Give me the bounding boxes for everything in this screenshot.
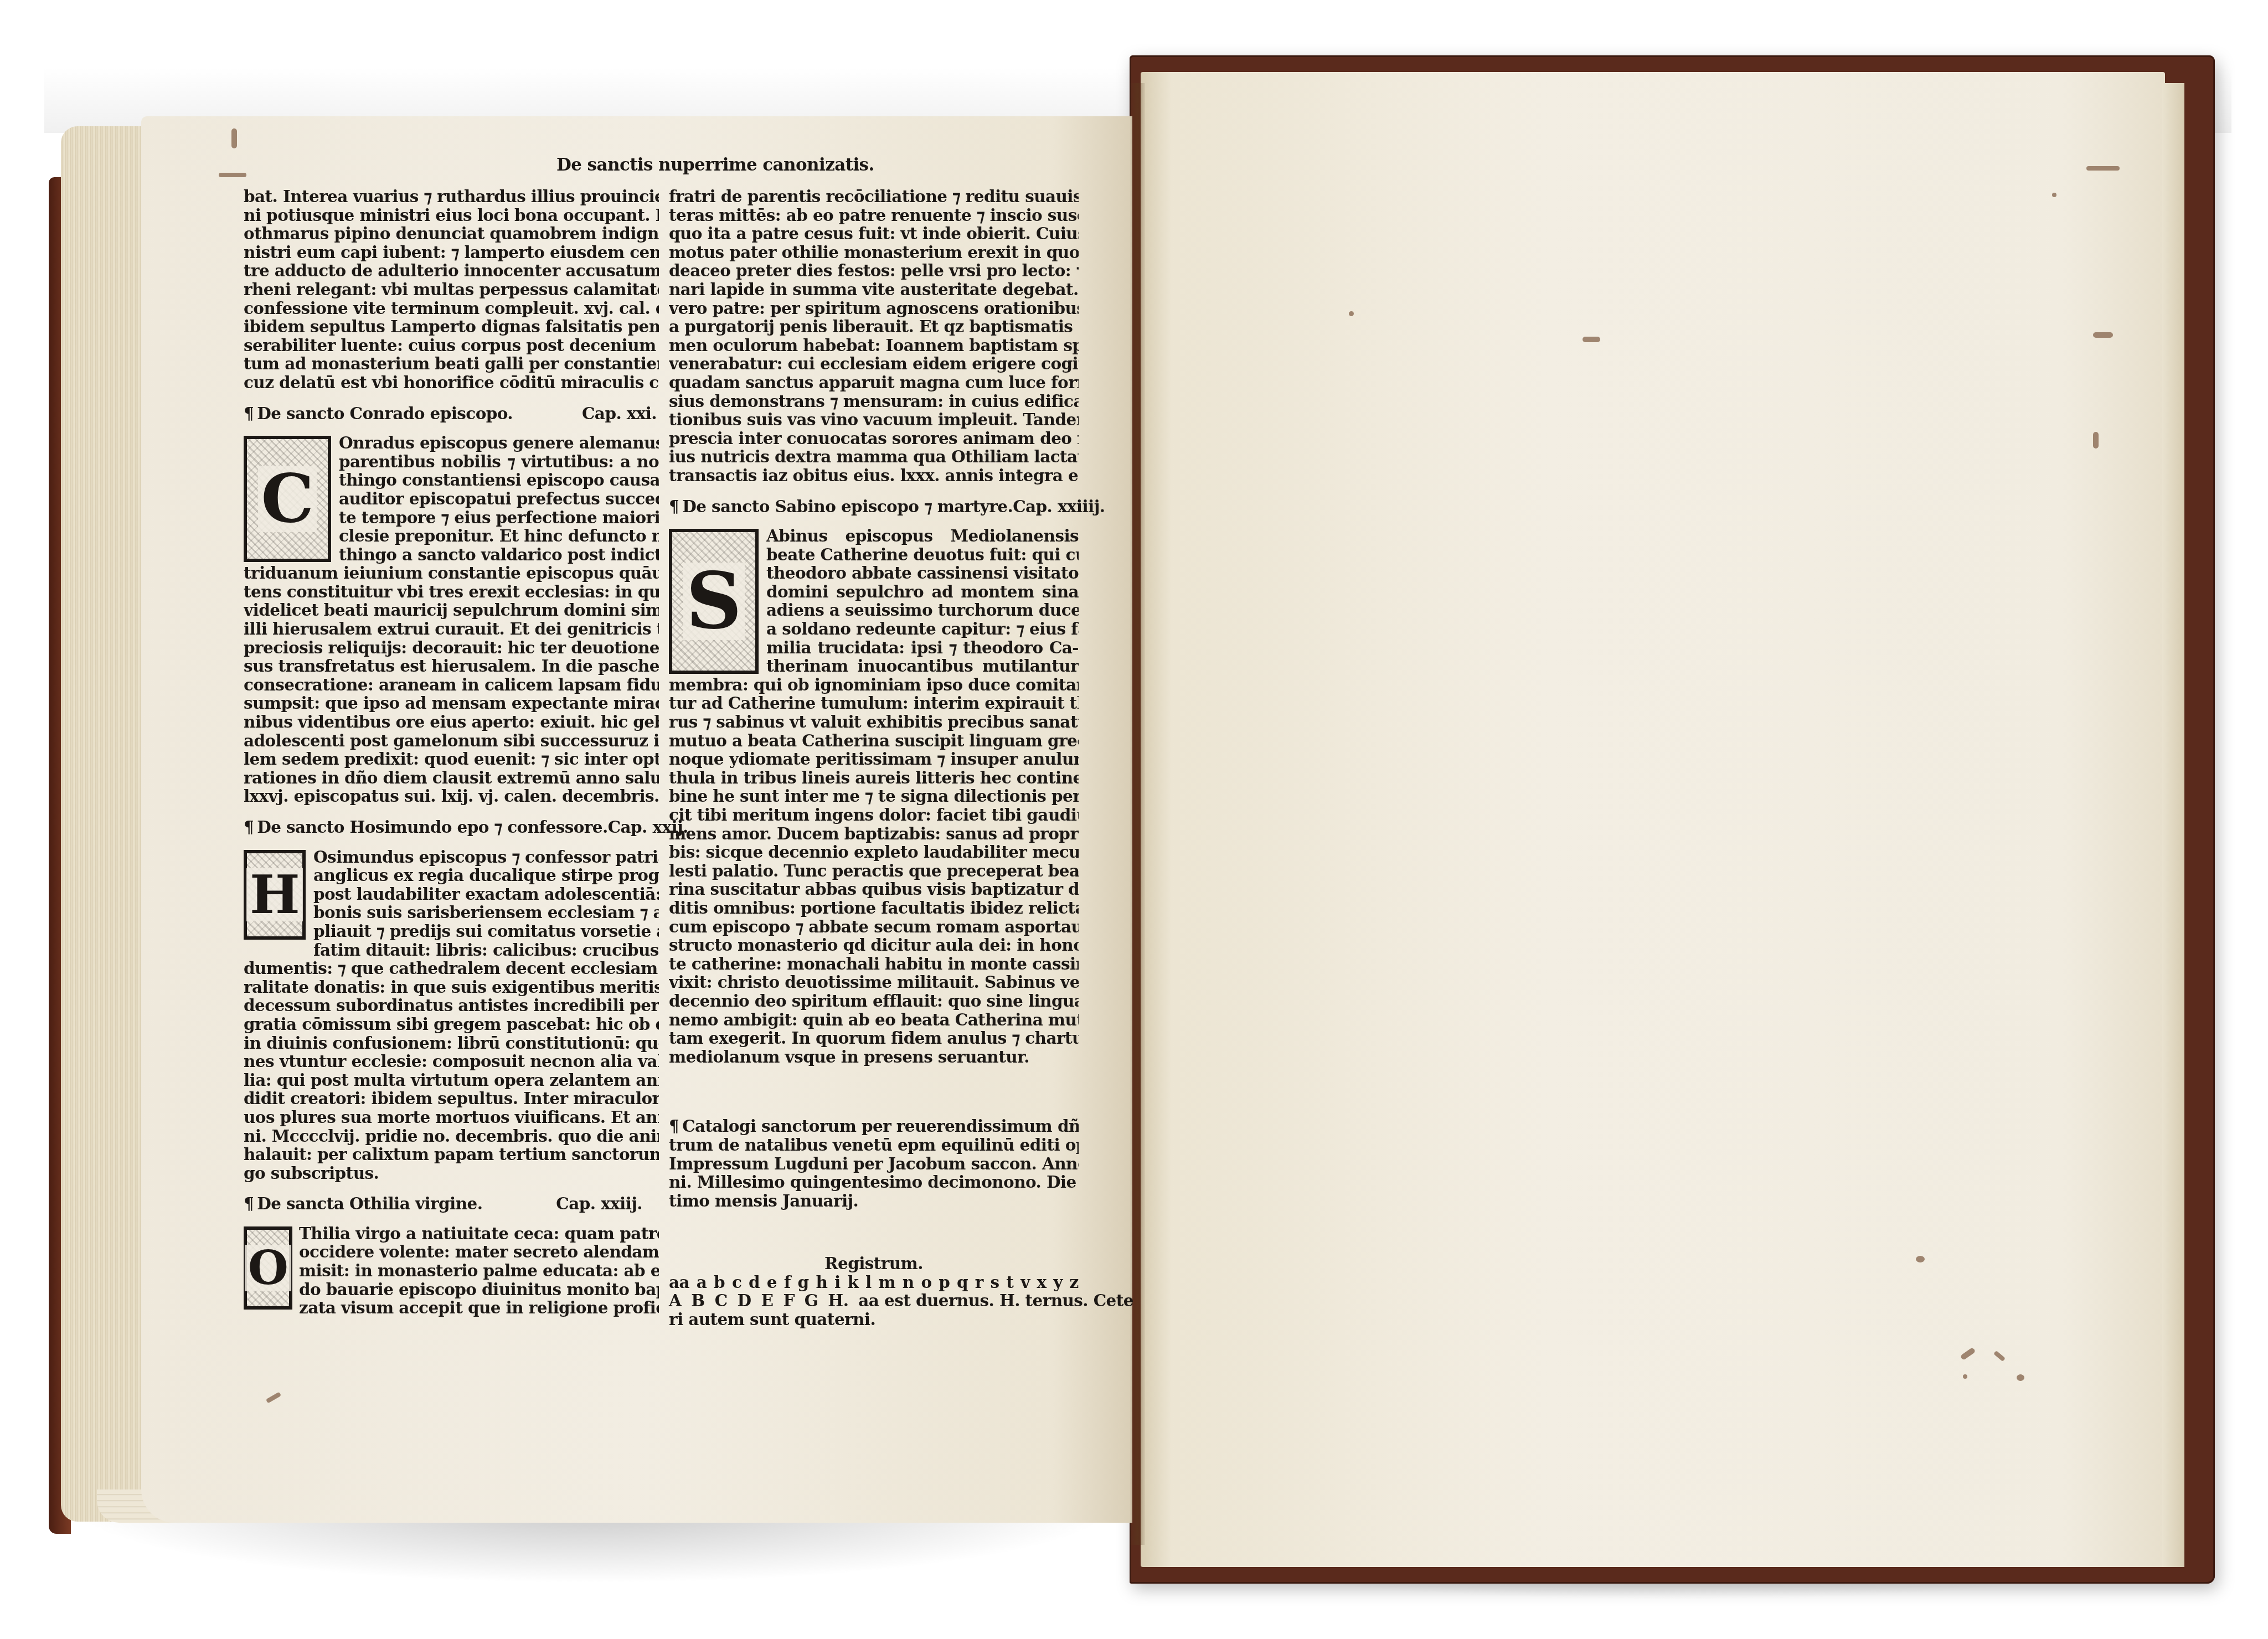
- text-line: parentibus nobilis ⁊ virtutibus: a no: [339, 452, 659, 471]
- text-line: mens amor. Ducem baptizabis: sanus ad pr…: [669, 824, 1079, 843]
- text-line: in diuinis confusionem: librū constituti…: [244, 1034, 659, 1053]
- text-line: teras mittēs: ab eo patre renuente ⁊ ins…: [669, 206, 1079, 225]
- wormhole-mark: [219, 173, 246, 177]
- chapter-number: Cap. xxiij.: [556, 1194, 659, 1213]
- text-line: lem sedem predixit: quod euenit: ⁊ sic i…: [244, 750, 659, 769]
- signature-mark: l: [865, 1273, 872, 1292]
- signature-mark: c: [732, 1273, 741, 1292]
- chapter-heading-sabinus: ¶De sancto Sabino episcopo ⁊ martyre. Ca…: [669, 497, 1079, 516]
- signature-mark: f: [784, 1273, 791, 1292]
- text-line: thingo a sancto valdarico post indictū: [339, 545, 659, 564]
- text-line: zata visum accepit que in religione prof…: [299, 1298, 659, 1317]
- text-line: confessione vite terminum compleuit. xvj…: [244, 299, 659, 318]
- text-line: gratia cōmissum sibi gregem pascebat: hi…: [244, 1015, 659, 1034]
- text-line: halauit: per calixtum papam tertium sanc…: [244, 1145, 659, 1164]
- colophon: ¶Catalogi sanctorum per reuerendissimum …: [669, 1117, 1079, 1210]
- text-line: quadam sanctus apparuit magna cum luce f…: [669, 373, 1079, 392]
- text-line: men oculorum habebat: Ioannem baptistam …: [669, 336, 1079, 355]
- text-line: Osimundus episcopus ⁊ confessor patria: [313, 848, 659, 867]
- text-line: ditis omnibus: portione facultatis ibide…: [669, 899, 1079, 918]
- signature-mark: i: [834, 1273, 841, 1292]
- text-line: transactis iaz obitus eius. lxxx. annis …: [669, 466, 1079, 485]
- text-line: beate Catherine deuotus fuit: qui cū: [766, 545, 1079, 564]
- text-line: ius nutricis dextra mamma qua Othiliam l…: [669, 447, 1079, 466]
- text-line: thingo constantiensi episcopo causarū: [339, 471, 659, 489]
- left-leaf-stack: [61, 126, 144, 1522]
- heading-title: De sancto Hosimundo epo ⁊ confessore.: [257, 817, 607, 837]
- section-conrad: C Onradus episcopus genere alemanus pare…: [244, 434, 659, 806]
- text-line: a soldano redeunte capitur: ⁊ eius fa: [766, 620, 1079, 638]
- text-line: noque ydiomate peritissimam ⁊ insuper an…: [669, 750, 1079, 769]
- text-line: Onradus episcopus genere alemanus: [339, 434, 659, 452]
- text-line: rheni relegant: vbi multas perpessus cal…: [244, 280, 659, 299]
- pilcrow-icon: ¶: [244, 1194, 254, 1213]
- heading-title: De sancto Sabino episcopo ⁊ martyre.: [682, 497, 1013, 516]
- pilcrow-icon: ¶: [669, 497, 679, 516]
- registrum: Registrum. aaabcdefghiklmnopqrstvxyz ABC…: [669, 1254, 1079, 1328]
- pilcrow-icon: ¶: [669, 1117, 679, 1136]
- text-line: occidere volente: mater secreto alendam …: [299, 1243, 659, 1261]
- signature-mark: D: [738, 1291, 751, 1310]
- right-page-fore-edge: [2162, 83, 2184, 1567]
- text-line: ralitate donatis: in que suis exigentibu…: [244, 978, 659, 997]
- text-line: tum ad monasterium beati galli per const…: [244, 354, 659, 373]
- wormhole-mark: [2017, 1374, 2024, 1381]
- text-line: go subscriptus.: [244, 1164, 659, 1183]
- signature-mark: r: [975, 1273, 983, 1292]
- text-line: tionibus suis vas vino vacuum impleuit. …: [669, 410, 1079, 429]
- chapter-heading-othilia: ¶De sancta Othilia virgine. Cap. xxiij.: [244, 1194, 659, 1213]
- text-line: timo mensis Januarij.: [669, 1192, 1079, 1210]
- registrum-note: aa est duernus. H. ternus. Cete: [858, 1291, 1133, 1310]
- heading-title: De sancto Conrado episcopo.: [257, 404, 513, 423]
- text-line: tam exegerit. In quorum fidem anulus ⁊ c…: [669, 1029, 1079, 1048]
- wormhole-mark: [2052, 193, 2056, 197]
- signature-mark: k: [847, 1273, 858, 1292]
- text-line: thula in tribus lineis aureis litteris h…: [669, 769, 1079, 787]
- opening-paragraph: fratri de parentis recōciliatione ⁊ redi…: [669, 187, 1079, 485]
- text-line: vixit: christo deuotissime militauit. Sa…: [669, 973, 1079, 992]
- signature-mark: b: [714, 1273, 725, 1292]
- wormhole-mark: [1963, 1374, 1967, 1379]
- text-line: tur ad Catherine tumulum: interim expira…: [669, 694, 1079, 713]
- text-line: adolescenti post gamelonum sibi successu…: [244, 731, 659, 750]
- text-line: dumentis: ⁊ que cathedralem decent eccle…: [244, 959, 659, 978]
- text-line: nistri eum capi iubent: ⁊ lamperto eiusd…: [244, 243, 659, 262]
- wormhole-mark: [1349, 311, 1354, 316]
- text-line: a purgatorij penis liberauit. Et qz bapt…: [669, 317, 1079, 336]
- text-line: quo ita a patre cesus fuit: vt inde obie…: [669, 224, 1079, 243]
- text-line: Impressum Lugduni per Jacobum saccon. An…: [669, 1154, 1079, 1173]
- text-line: lesti palatio. Tunc peractis que precepe…: [669, 862, 1079, 880]
- heading-title: De sancta Othilia virgine.: [257, 1194, 482, 1213]
- signature-mark: C: [715, 1291, 728, 1310]
- wormhole-mark: [231, 128, 237, 148]
- text-line: te tempore ⁊ eius perfectione maiori ec: [339, 508, 659, 527]
- text-line: bis: sicque decennio expleto laudabilite…: [669, 843, 1079, 862]
- signature-mark: z: [1070, 1273, 1079, 1292]
- wormhole-mark: [2093, 332, 2113, 338]
- signature-mark: x: [1037, 1273, 1046, 1292]
- signature-mark: o: [921, 1273, 931, 1292]
- signature-mark: G: [805, 1291, 818, 1310]
- text-line: sius demonstrans ⁊ mensuram: in cuius ed…: [669, 392, 1079, 411]
- right-page[interactable]: [1141, 72, 2165, 1567]
- text-line: motus pater othilie monasterium erexit i…: [669, 243, 1079, 262]
- text-line: rus ⁊ sabinus vt valuit exhibitis precib…: [669, 713, 1079, 731]
- registrum-lowercase: aaabcdefghiklmnopqrstvxyz: [669, 1273, 1079, 1292]
- woodcut-initial-c: C: [244, 436, 331, 562]
- signature-mark: v: [1020, 1273, 1030, 1292]
- wormhole-mark: [1583, 337, 1600, 342]
- chapter-number: Cap. xxiiij.: [1013, 497, 1107, 516]
- text-line: deaceo preter dies festos: pelle vrsi pr…: [669, 261, 1079, 280]
- text-line: videlicet beati mauricij sepulchrum domi…: [244, 601, 659, 620]
- text-line: tre adducto de adulterio innocenter accu…: [244, 261, 659, 280]
- text-line: do bauarie episcopo diuinitus monito bap…: [299, 1280, 659, 1299]
- text-line: rina suscitatur abbas quibus visis bapti…: [669, 880, 1079, 899]
- signature-mark: B: [691, 1291, 704, 1310]
- text-line: Abinus episcopus Mediolanensis: [766, 527, 1079, 545]
- text-line: triduanum ieiunium constantie episcopus …: [244, 564, 659, 583]
- signature-mark: p: [939, 1273, 950, 1292]
- signature-mark: h: [816, 1273, 827, 1292]
- text-line: bonis suis sarisberiensem ecclesiam ⁊ am…: [313, 903, 659, 922]
- text-line: didit creatori: ibidem sepultus. Inter m…: [244, 1089, 659, 1108]
- signature-mark: s: [991, 1273, 999, 1292]
- text-line: Thilia virgo a natiuitate ceca: quam pat…: [299, 1224, 659, 1243]
- text-line: pliauit ⁊ predijs sui comitatus vorsetie…: [313, 922, 659, 941]
- text-line: sumpsit: que ipso ad mensam expectante m…: [244, 694, 659, 713]
- text-line: fatim ditauit: libris: calicibus: crucib…: [313, 941, 659, 960]
- signature-mark: F: [783, 1291, 794, 1310]
- signature-mark: q: [957, 1273, 968, 1292]
- text-line: cit tibi meritum ingens dolor: faciet ti…: [669, 806, 1079, 824]
- text-column-b: fratri de parentis recōciliatione ⁊ redi…: [669, 187, 1079, 1329]
- signature-mark: aa: [669, 1273, 689, 1292]
- registrum-note: ri autem sunt quaterni.: [669, 1310, 1079, 1329]
- text-line: bine he sunt inter me ⁊ te signa dilecti…: [669, 787, 1079, 806]
- text-line: ibidem sepultus Lamperto dignas falsitat…: [244, 317, 659, 336]
- section-othilia: O Thilia virgo a natiuitate ceca: quam p…: [244, 1224, 659, 1317]
- text-line: nes vtuntur ecclesie: composuit necnon a…: [244, 1052, 659, 1071]
- text-line: consecratione: araneam in calicem lapsam…: [244, 676, 659, 694]
- signature-mark: y: [1053, 1273, 1063, 1292]
- signature-mark: a: [697, 1273, 707, 1292]
- chapter-heading-hosimundus: ¶De sancto Hosimundo epo ⁊ confessore. C…: [244, 818, 659, 837]
- running-head: De sanctis nuperrime canonizatis.: [556, 155, 874, 175]
- text-line: auditor episcopatui prefectus succedē-: [339, 489, 659, 508]
- registrum-uppercase: ABCDEFGH. aa est duernus. H. ternus. Cet…: [669, 1291, 1079, 1310]
- text-line: venerabatur: cui ecclesiam eidem erigere…: [669, 354, 1079, 373]
- text-line: rationes in dño diem clausit extremū ann…: [244, 769, 659, 787]
- signature-mark: t: [1006, 1273, 1013, 1292]
- wormhole-mark: [2086, 166, 2120, 171]
- text-line: illi hierusalem extrui curauit. Et dei g…: [244, 620, 659, 638]
- pilcrow-icon: ¶: [244, 818, 254, 837]
- text-line: anglicus ex regia ducalique stirpe proge…: [313, 866, 659, 885]
- text-line: theodoro abbate cassinensi visitato: [766, 564, 1079, 583]
- signature-mark: n: [903, 1273, 914, 1292]
- signature-mark: m: [878, 1273, 895, 1292]
- signature-mark: E: [761, 1291, 774, 1310]
- book-gutter: [1130, 83, 1145, 1545]
- text-line: structo monasterio qd dicitur aula dei: …: [669, 936, 1079, 955]
- text-column-a: bat. Interea vuarius ⁊ ruthardus illius …: [244, 187, 659, 1317]
- opening-paragraph: bat. Interea vuarius ⁊ ruthardus illius …: [244, 187, 659, 392]
- text-line: bat. Interea vuarius ⁊ ruthardus illius …: [244, 187, 659, 206]
- woodcut-initial-h: H: [244, 850, 306, 940]
- text-line: preciosis reliquijs: decorauit: hic ter …: [244, 638, 659, 657]
- signature-mark: g: [798, 1273, 809, 1292]
- chapter-heading-conrad: ¶De sancto Conrado episcopo. Cap. xxi.: [244, 404, 659, 423]
- signature-mark: A: [669, 1291, 681, 1310]
- text-line: misit: in monasterio palme educata: ab e…: [299, 1261, 659, 1280]
- text-line: decennio deo spiritum efflauit: quo sine…: [669, 992, 1079, 1011]
- text-line: tens constituitur vbi tres erexit eccles…: [244, 583, 659, 601]
- text-line: nari lapide in summa vite austeritate de…: [669, 280, 1079, 299]
- text-line: ni. Mcccclvij. pridie no. decembris. quo…: [244, 1127, 659, 1146]
- text-line: domini sepulchro ad montem sina: [766, 583, 1079, 601]
- text-line: vero patre: per spiritum agnoscens orati…: [669, 299, 1079, 318]
- wormhole-mark: [1916, 1256, 1925, 1262]
- section-sabinus: S Abinus episcopus Mediolanensis beate C…: [669, 527, 1079, 1066]
- text-line: lxxvj. episcopatus sui. lxij. vj. calen.…: [244, 787, 659, 806]
- text-line: nibus videntibus ore eius aperto: exiuit…: [244, 713, 659, 731]
- signature-mark: e: [767, 1273, 777, 1292]
- text-line: membra: qui ob ignominiam ipso duce comi…: [669, 676, 1079, 694]
- text-line: lia: qui post multa virtutum opera zelan…: [244, 1071, 659, 1090]
- pilcrow-icon: ¶: [244, 404, 254, 423]
- text-line: sus transfretatus est hierusalem. In die…: [244, 657, 659, 676]
- chapter-number: Cap. xxi.: [582, 404, 659, 423]
- registrum-title: Registrum.: [669, 1254, 1079, 1273]
- text-line: serabiliter luente: cuius corpus post de…: [244, 336, 659, 355]
- text-line: mediolanum vsque in presens seruantur.: [669, 1048, 1079, 1066]
- text-line: trum de natalibus venetū epm equilinū ed…: [669, 1136, 1079, 1154]
- text-line: nemo ambigit: quin ab eo beata Catherina…: [669, 1011, 1079, 1029]
- text-line: ni. Millesimo quingentesimo decimonono. …: [669, 1173, 1079, 1192]
- text-line: ¶Catalogi sanctorum per reuerendissimum …: [669, 1117, 1079, 1136]
- text-line: milia trucidata: ipsi ⁊ theodoro Ca-: [766, 638, 1079, 657]
- text-line: fratri de parentis recōciliatione ⁊ redi…: [669, 187, 1079, 206]
- text-line: prescia inter conuocatas sorores animam …: [669, 429, 1079, 448]
- woodcut-initial-o: O: [244, 1226, 292, 1310]
- wormhole-mark: [2093, 432, 2099, 449]
- text-line: cum episcopo ⁊ abbate secum romam asport…: [669, 918, 1079, 936]
- text-line: te catherine: monachali habitu in monte …: [669, 955, 1079, 973]
- signature-mark: d: [749, 1273, 760, 1292]
- section-hosimundus: H Osimundus episcopus ⁊ confessor patria…: [244, 848, 659, 1183]
- woodcut-initial-s: S: [669, 529, 759, 674]
- text-line: uos plures sua morte mortuos viuificans.…: [244, 1108, 659, 1127]
- text-line: post laudabiliter exactam adolescentiā: …: [313, 885, 659, 904]
- text-line: ni potiusque ministri eius loci bona occ…: [244, 206, 659, 225]
- text-line: othmarus pipino denunciat quamobrem indi…: [244, 224, 659, 243]
- text-line: adiens a seuissimo turchorum duce: [766, 601, 1079, 620]
- text-line: mutuo a beata Catherina suscipit linguam…: [669, 731, 1079, 750]
- signature-mark: H.: [828, 1291, 848, 1310]
- text-line: decessum subordinatus antistes incredibi…: [244, 996, 659, 1015]
- text-line: cuz delatū est vbi honorifice cōditū mir…: [244, 373, 659, 392]
- text-line: therinam inuocantibus mutilantur: [766, 657, 1079, 676]
- text-line: clesie preponitur. Et hinc defuncto no-: [339, 527, 659, 545]
